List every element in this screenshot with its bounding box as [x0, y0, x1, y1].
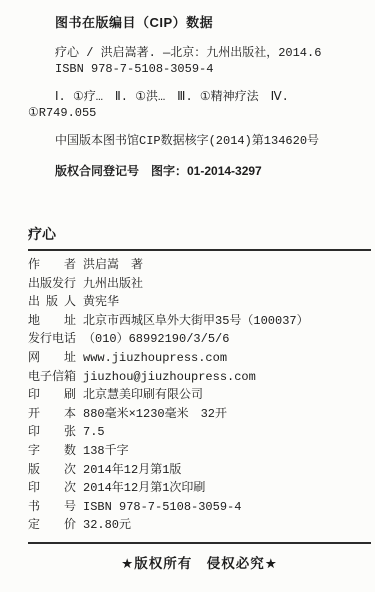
row-label: 书号 [28, 498, 76, 517]
row-label: 作者 [28, 256, 76, 275]
row-value: 北京市西城区阜外大街甲35号（100037） [83, 314, 309, 328]
row-label: 印刷 [28, 386, 76, 405]
row-label: 地址 [28, 312, 76, 331]
colophon-row: 定价32.80元 [28, 516, 371, 535]
cip-classification-line-1: Ⅰ. ①疗… Ⅱ. ①洪… Ⅲ. ①精神疗法 Ⅳ. [55, 89, 371, 105]
colophon-row: 印张7.5 [28, 423, 371, 442]
row-value: 九州出版社 [83, 277, 143, 291]
row-value: www.jiuzhoupress.com [83, 351, 227, 365]
row-value: ISBN 978-7-5108-3059-4 [83, 500, 241, 514]
colophon-row: 电子信箱jiuzhou@jiuzhoupress.com [28, 368, 371, 387]
colophon-rows: 作者洪启嵩 著出版发行九州出版社出版人黄宪华地址北京市西城区阜外大街甲35号（1… [28, 256, 371, 535]
cip-classification-line-2: ①R749.055 [28, 105, 371, 121]
colophon-row: 发行电话（010）68992190/3/5/6 [28, 330, 371, 349]
book-title: 疗心 [28, 225, 371, 251]
cip-record-line-isbn: ISBN 978-7-5108-3059-4 [55, 61, 371, 77]
colophon-row: 出版发行九州出版社 [28, 275, 371, 294]
row-label: 发行电话 [28, 330, 76, 349]
row-value: jiuzhou@jiuzhoupress.com [83, 370, 256, 384]
colophon-row: 印次2014年12月第1次印刷 [28, 479, 371, 498]
row-value: （010）68992190/3/5/6 [83, 332, 229, 346]
row-label: 印次 [28, 479, 76, 498]
row-value: 138千字 [83, 444, 129, 458]
colophon-row: 版次2014年12月第1版 [28, 461, 371, 480]
cip-registry-line: 中国版本图书馆CIP数据核字(2014)第134620号 [55, 133, 371, 149]
row-label: 网址 [28, 349, 76, 368]
copyright-registry-line: 版权合同登记号 图字：01-2014-3297 [55, 163, 371, 179]
colophon-row: 作者洪启嵩 著 [28, 256, 371, 275]
row-value: 7.5 [83, 425, 105, 439]
book-copyright-page: 图书在版编目（CIP）数据 疗心 / 洪启嵩著. —北京：九州出版社，2014.… [0, 0, 375, 592]
copyright-notice: ★版权所有 侵权必究★ [28, 555, 371, 573]
colophon-row: 出版人黄宪华 [28, 293, 371, 312]
row-label: 字数 [28, 442, 76, 461]
colophon-row: 书号ISBN 978-7-5108-3059-4 [28, 498, 371, 517]
colophon-row: 印刷北京慧美印刷有限公司 [28, 386, 371, 405]
row-label: 开本 [28, 405, 76, 424]
colophon-row: 地址北京市西城区阜外大街甲35号（100037） [28, 312, 371, 331]
row-value: 黄宪华 [83, 295, 119, 309]
row-value: 2014年12月第1版 [83, 463, 181, 477]
colophon-row: 网址www.jiuzhoupress.com [28, 349, 371, 368]
row-label: 出版发行 [28, 275, 76, 294]
row-label: 印张 [28, 423, 76, 442]
row-value: 洪启嵩 著 [83, 258, 143, 272]
colophon-row: 开本880毫米×1230毫米 32开 [28, 405, 371, 424]
cip-heading: 图书在版编目（CIP）数据 [55, 14, 371, 31]
bottom-divider [28, 542, 371, 544]
row-label: 电子信箱 [28, 368, 76, 387]
row-label: 出版人 [28, 293, 76, 312]
colophon-row: 字数138千字 [28, 442, 371, 461]
row-value: 880毫米×1230毫米 32开 [83, 407, 227, 421]
row-label: 定价 [28, 516, 76, 535]
row-value: 2014年12月第1次印刷 [83, 481, 205, 495]
row-value: 北京慧美印刷有限公司 [83, 388, 203, 402]
row-value: 32.80元 [83, 518, 131, 532]
row-label: 版次 [28, 461, 76, 480]
cip-record-line-1: 疗心 / 洪启嵩著. —北京：九州出版社，2014.6 [55, 45, 371, 61]
